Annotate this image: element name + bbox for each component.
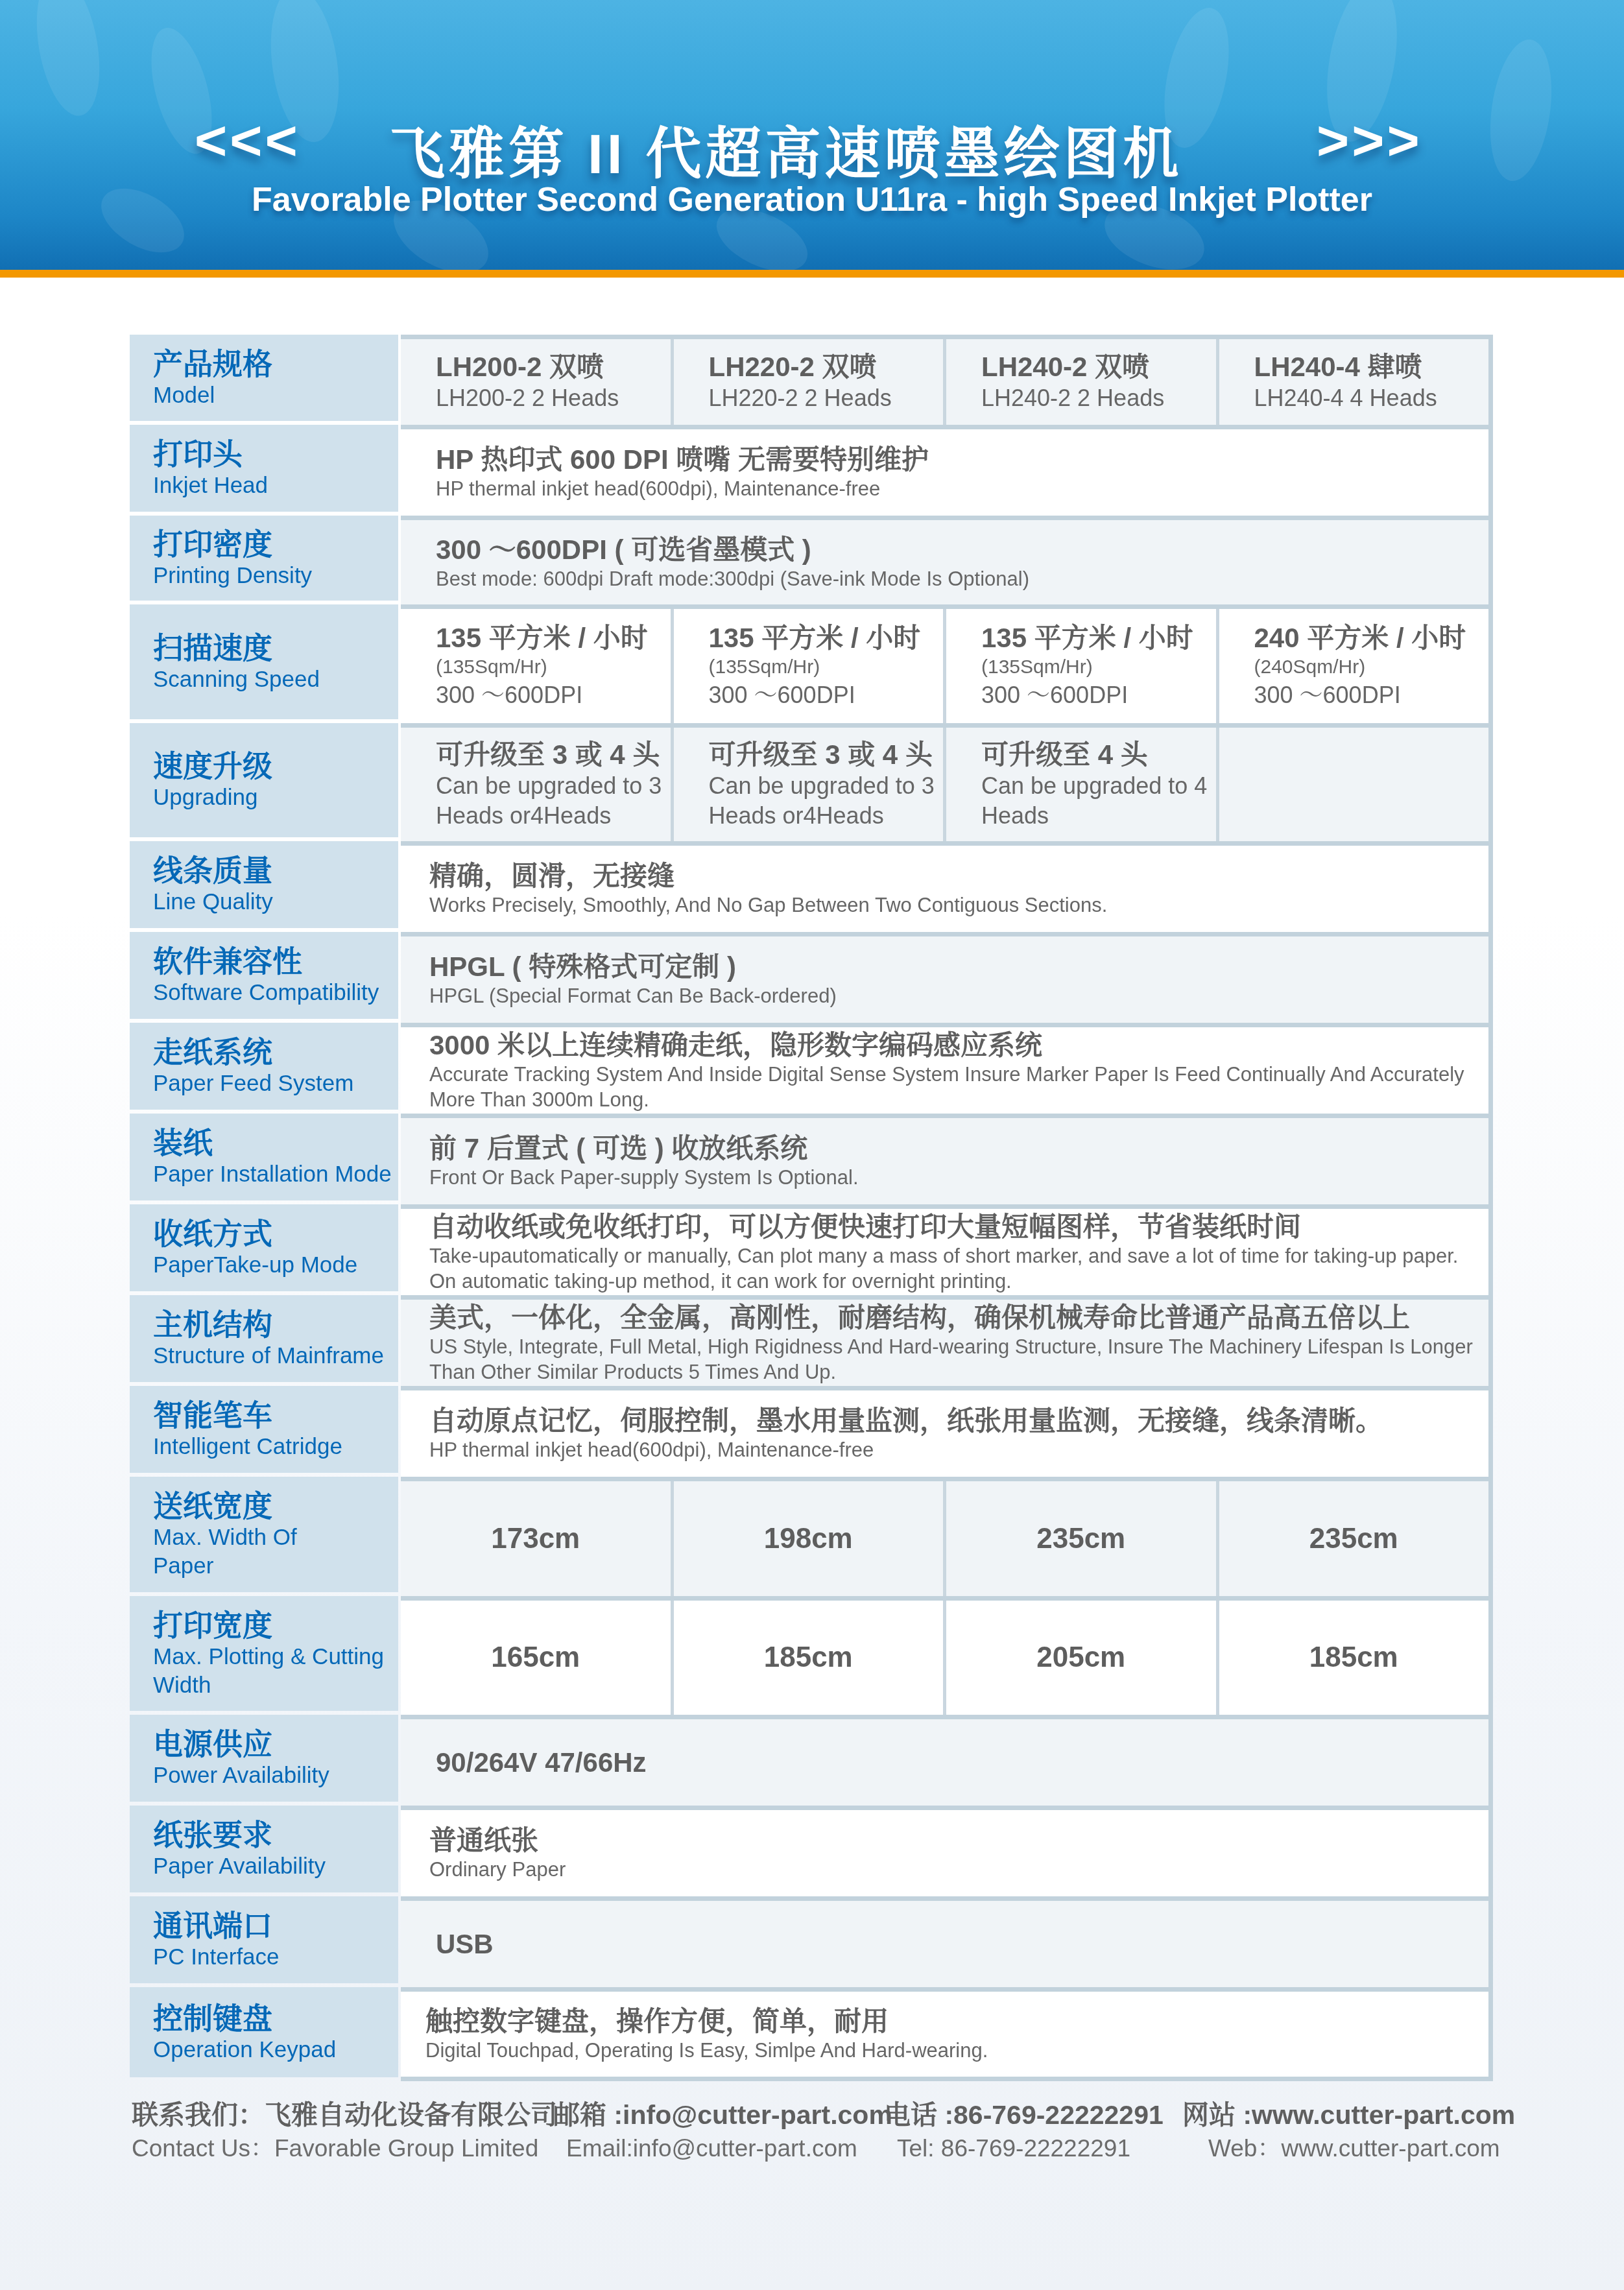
label-en: PC Interface (153, 1943, 398, 1972)
label-zh: 打印密度 (153, 527, 398, 562)
company-zh: 联系我们：飞雅自动化设备有限公司 (132, 2097, 553, 2132)
value-en: (135Sqm/Hr) (436, 654, 671, 680)
company-en: Contact Us：Favorable Group Limited (132, 2132, 566, 2165)
value-zh: 自动收纸或免收纸打印，可以方便快速打印大量短幅图样，节省装纸时间 (429, 1211, 1482, 1243)
value-zh: 精确，圆滑，无接缝 (429, 860, 1488, 892)
row-label: 电源供应 Power Availability (130, 1715, 398, 1802)
value-en: Heads or4Heads (709, 801, 944, 831)
value: 235cm (1309, 1523, 1398, 1555)
model-cell: LH240-4 肆喷 LH240-4 4 Heads (1216, 339, 1489, 425)
label-zh: 走纸系统 (153, 1034, 398, 1069)
row-label: 打印宽度 Max. Plotting & Cutting Width (130, 1596, 398, 1711)
value-en: HP thermal inkjet head(600dpi), Maintena… (436, 476, 1488, 501)
row-label: 装纸 Paper Installation Mode (130, 1114, 398, 1200)
contact-footer: 联系我们：飞雅自动化设备有限公司邮箱 :info@cutter-part.com… (132, 2097, 1558, 2165)
row-label: 线条质量 Line Quality (130, 841, 398, 928)
label-en: Paper Feed System (153, 1069, 398, 1098)
width-cell: 198cm (671, 1481, 944, 1596)
value-dpi: 300 ～600DPI (436, 680, 671, 710)
row-data: 自动收纸或免收纸打印，可以方便快速打印大量短幅图样，节省装纸时间 Take-up… (401, 1204, 1493, 1295)
row-data: 可升级至 3 或 4 头 Can be upgraded to 3 Heads … (401, 723, 1493, 841)
row-label: 控制键盘 Operation Keypad (130, 1987, 398, 2077)
row-data: LH200-2 双喷 LH200-2 2 Heads LH220-2 双喷 LH… (401, 335, 1493, 425)
value-en: Works Precisely, Smoothly, And No Gap Be… (429, 892, 1488, 918)
row-label: 走纸系统 Paper Feed System (130, 1023, 398, 1110)
row-data: USB (401, 1896, 1493, 1987)
row-label: 收纸方式 PaperTake-up Mode (130, 1204, 398, 1291)
model-name-en: LH220-2 2 Heads (709, 383, 944, 413)
table-row-operation-keypad: 控制键盘 Operation Keypad 触控数字键盘，操作方便，简单，耐用 … (130, 1987, 1493, 2081)
value-zh: 美式，一体化，全金属，高刚性，耐磨结构，确保机械寿命比普通产品高五倍以上 (429, 1302, 1482, 1334)
value: 198cm (764, 1523, 853, 1555)
value-en: (135Sqm/Hr) (981, 654, 1216, 680)
label-zh: 送纸宽度 (153, 1488, 398, 1523)
value-en: (135Sqm/Hr) (709, 654, 944, 680)
label-zh: 产品规格 (153, 346, 398, 381)
page-subtitle: Favorable Plotter Second Generation U11r… (0, 180, 1624, 219)
table-row-scanning-speed: 扫描速度 Scanning Speed 135 平方米 / 小时 (135Sqm… (130, 604, 1493, 723)
value-zh: 普通纸张 (429, 1824, 1488, 1857)
label-en: Printing Density (153, 562, 398, 590)
value-zh: 可升级至 3 或 4 头 (709, 739, 944, 771)
width-cell: 185cm (1216, 1601, 1489, 1715)
website-zh[interactable]: 网站 :www.cutter-part.com (1182, 2097, 1515, 2132)
label-en: Upgrading (153, 783, 398, 812)
row-data: 普通纸张 Ordinary Paper (401, 1806, 1493, 1896)
value-zh: 135 平方米 / 小时 (981, 622, 1216, 654)
page-title: 飞雅第 II 代超高速喷墨绘图机 (389, 109, 1183, 189)
value-dpi: 300 ～600DPI (1254, 680, 1489, 710)
accent-stripe (0, 270, 1624, 278)
row-label: 打印密度 Printing Density (130, 516, 398, 601)
value-zh: 触控数字键盘，操作方便，简单，耐用 (425, 2005, 1488, 2038)
value: 185cm (764, 1641, 853, 1674)
table-row-model: 产品规格 Model LH200-2 双喷 LH200-2 2 Heads LH… (130, 335, 1493, 425)
value-zh: 可升级至 4 头 (981, 739, 1216, 771)
contact-line-en: Contact Us：Favorable Group LimitedEmail:… (132, 2132, 1558, 2165)
row-data: 3000 米以上连续精确走纸，隐形数字编码感应系统 Accurate Track… (401, 1023, 1493, 1114)
row-label: 智能笔车 Intelligent Catridge (130, 1386, 398, 1473)
phone-zh: 电话 :86-769-22222291 (884, 2097, 1182, 2132)
row-data: 美式，一体化，全金属，高刚性，耐磨结构，确保机械寿命比普通产品高五倍以上 US … (401, 1295, 1493, 1386)
value-zh: 3000 米以上连续精确走纸，隐形数字编码感应系统 (429, 1029, 1482, 1062)
value-dpi: 300 ～600DPI (981, 680, 1216, 710)
value-en: Front Or Back Paper-supply System Is Opt… (429, 1165, 1488, 1190)
model-cell: LH240-2 双喷 LH240-2 2 Heads (943, 339, 1216, 425)
speed-cell: 135 平方米 / 小时 (135Sqm/Hr) 300 ～600DPI (671, 609, 944, 723)
contact-line-zh: 联系我们：飞雅自动化设备有限公司邮箱 :info@cutter-part.com… (132, 2097, 1558, 2132)
value-en: US Style, Integrate, Full Metal, High Ri… (429, 1334, 1482, 1385)
value-en: Take-upautomatically or manually, Can pl… (429, 1243, 1482, 1294)
label-zh: 通讯端口 (153, 1908, 398, 1943)
row-label: 产品规格 Model (130, 335, 398, 421)
value-en: HPGL (Special Format Can Be Back-ordered… (429, 983, 1488, 1008)
label-zh: 软件兼容性 (153, 944, 398, 979)
value-en: HP thermal inkjet head(600dpi), Maintena… (429, 1437, 1488, 1462)
row-data: HPGL ( 特殊格式可定制 ) HPGL (Special Format Ca… (401, 932, 1493, 1023)
value-dpi: 300 ～600DPI (709, 680, 944, 710)
label-en: Line Quality (153, 888, 398, 916)
label-en: Structure of Mainframe (153, 1342, 398, 1370)
width-cell: 173cm (401, 1481, 671, 1596)
label-zh: 智能笔车 (153, 1398, 398, 1433)
value-en: Can be upgraded to 4 (981, 771, 1216, 801)
label-en: PaperTake-up Mode (153, 1251, 398, 1280)
row-data: 300 ～600DPI ( 可选省墨模式 ) Best mode: 600dpi… (401, 516, 1493, 604)
label-zh: 电源供应 (153, 1726, 398, 1761)
value-en: Heads (981, 801, 1216, 831)
row-data: 前 7 后置式 ( 可选 ) 收放纸系统 Front Or Back Paper… (401, 1114, 1493, 1204)
value-en: Ordinary Paper (429, 1857, 1488, 1882)
width-cell: 165cm (401, 1601, 671, 1715)
header-banner: <<< 飞雅第 II 代超高速喷墨绘图机 >>> Favorable Plott… (0, 0, 1624, 270)
table-row-max-paper-width: 送纸宽度 Max. Width Of Paper 173cm 198cm 235… (130, 1477, 1493, 1596)
table-row-pc-interface: 通讯端口 PC Interface USB (130, 1896, 1493, 1987)
speed-cell: 240 平方米 / 小时 (240Sqm/Hr) 300 ～600DPI (1216, 609, 1489, 723)
upgrade-cell-empty (1216, 728, 1489, 841)
arrows-right-icon: >>> (1317, 109, 1422, 173)
value: 185cm (1309, 1641, 1398, 1674)
label-zh: 打印宽度 (153, 1608, 398, 1643)
value: 235cm (1036, 1523, 1125, 1555)
value-zh: 135 平方米 / 小时 (436, 622, 671, 654)
value-en: (240Sqm/Hr) (1254, 654, 1489, 680)
value-zh: HPGL ( 特殊格式可定制 ) (429, 951, 1488, 983)
row-data: 173cm 198cm 235cm 235cm (401, 1477, 1493, 1596)
model-name-en: LH240-2 2 Heads (981, 383, 1216, 413)
row-data: 自动原点记忆，伺服控制，墨水用量监测，纸张用量监测，无接缝，线条清晰。 HP t… (401, 1386, 1493, 1477)
row-label: 送纸宽度 Max. Width Of Paper (130, 1477, 398, 1592)
label-en: Max. Width Of Paper (153, 1523, 348, 1580)
value: 165cm (491, 1641, 580, 1674)
value-en: Can be upgraded to 3 (709, 771, 944, 801)
width-cell: 205cm (943, 1601, 1216, 1715)
table-row-intelligent-catridge: 智能笔车 Intelligent Catridge 自动原点记忆，伺服控制，墨水… (130, 1386, 1493, 1477)
value-en: Can be upgraded to 3 (436, 771, 671, 801)
model-name-zh: LH220-2 双喷 (709, 351, 944, 383)
label-zh: 扫描速度 (153, 630, 398, 665)
label-zh: 主机结构 (153, 1307, 398, 1342)
table-row-paper-feed: 走纸系统 Paper Feed System 3000 米以上连续精确走纸，隐形… (130, 1023, 1493, 1114)
label-en: Operation Keypad (153, 2036, 398, 2064)
label-en: Software Compatibility (153, 979, 398, 1007)
label-en: Inkjet Head (153, 471, 398, 500)
table-row-paper-availability: 纸张要求 Paper Availability 普通纸张 Ordinary Pa… (130, 1806, 1493, 1896)
table-row-paper-takeup: 收纸方式 PaperTake-up Mode 自动收纸或免收纸打印，可以方便快速… (130, 1204, 1493, 1295)
value-zh: 300 ～600DPI ( 可选省墨模式 ) (436, 534, 1488, 566)
value-zh: 可升级至 3 或 4 头 (436, 739, 671, 771)
table-row-max-plot-width: 打印宽度 Max. Plotting & Cutting Width 165cm… (130, 1596, 1493, 1715)
label-en: Power Availability (153, 1761, 398, 1790)
table-row-software: 软件兼容性 Software Compatibility HPGL ( 特殊格式… (130, 932, 1493, 1023)
value: 173cm (491, 1523, 580, 1555)
value-zh: USB (436, 1928, 1488, 1961)
label-zh: 打印头 (153, 436, 398, 471)
value-en: Accurate Tracking System And Inside Digi… (429, 1062, 1482, 1112)
upgrade-cell: 可升级至 3 或 4 头 Can be upgraded to 3 Heads … (671, 728, 944, 841)
width-cell: 235cm (943, 1481, 1216, 1596)
label-en: Model (153, 381, 398, 410)
table-row-paper-installation: 装纸 Paper Installation Mode 前 7 后置式 ( 可选 … (130, 1114, 1493, 1204)
row-label: 软件兼容性 Software Compatibility (130, 932, 398, 1019)
title-row: <<< 飞雅第 II 代超高速喷墨绘图机 >>> (0, 109, 1624, 180)
phone-en: Tel: 86-769-22222291 (897, 2132, 1208, 2165)
website-en[interactable]: Web：www.cutter-part.com (1208, 2132, 1500, 2165)
table-row-mainframe: 主机结构 Structure of Mainframe 美式，一体化，全金属，高… (130, 1295, 1493, 1386)
row-data: 135 平方米 / 小时 (135Sqm/Hr) 300 ～600DPI 135… (401, 604, 1493, 723)
arrows-left-icon: <<< (195, 109, 300, 173)
row-data: HP 热印式 600 DPI 喷嘴 无需要特别维护 HP thermal ink… (401, 425, 1493, 516)
upgrade-cell: 可升级至 4 头 Can be upgraded to 4 Heads (943, 728, 1216, 841)
label-en: Max. Plotting & Cutting Width (153, 1643, 393, 1700)
value-zh: 自动原点记忆，伺服控制，墨水用量监测，纸张用量监测，无接缝，线条清晰。 (429, 1405, 1488, 1437)
row-label: 扫描速度 Scanning Speed (130, 604, 398, 719)
value-zh: 240 平方米 / 小时 (1254, 622, 1489, 654)
table-row-power: 电源供应 Power Availability 90/264V 47/66Hz (130, 1715, 1493, 1806)
label-zh: 收纸方式 (153, 1216, 398, 1251)
row-label: 纸张要求 Paper Availability (130, 1806, 398, 1892)
width-cell: 235cm (1216, 1481, 1489, 1596)
table-row-printing-density: 打印密度 Printing Density 300 ～600DPI ( 可选省墨… (130, 516, 1493, 604)
row-data: 165cm 185cm 205cm 185cm (401, 1596, 1493, 1715)
label-zh: 速度升级 (153, 748, 398, 783)
row-label: 通讯端口 PC Interface (130, 1896, 398, 1983)
value-zh: HP 热印式 600 DPI 喷嘴 无需要特别维护 (436, 444, 1488, 476)
label-en: Paper Installation Mode (153, 1160, 398, 1189)
model-name-zh: LH200-2 双喷 (436, 351, 671, 383)
model-name-en: LH200-2 2 Heads (436, 383, 671, 413)
table-row-upgrading: 速度升级 Upgrading 可升级至 3 或 4 头 Can be upgra… (130, 723, 1493, 841)
label-zh: 装纸 (153, 1125, 398, 1160)
row-label: 主机结构 Structure of Mainframe (130, 1295, 398, 1382)
row-data: 触控数字键盘，操作方便，简单，耐用 Digital Touchpad, Oper… (401, 1987, 1493, 2081)
email-en[interactable]: Email:info@cutter-part.com (566, 2132, 897, 2165)
upgrade-cell: 可升级至 3 或 4 头 Can be upgraded to 3 Heads … (401, 728, 671, 841)
speed-cell: 135 平方米 / 小时 (135Sqm/Hr) 300 ～600DPI (943, 609, 1216, 723)
value-en: Best mode: 600dpi Draft mode:300dpi (Sav… (436, 566, 1488, 591)
value-zh: 90/264V 47/66Hz (436, 1747, 1488, 1779)
label-zh: 控制键盘 (153, 2001, 398, 2036)
value-en: Heads or4Heads (436, 801, 671, 831)
speed-cell: 135 平方米 / 小时 (135Sqm/Hr) 300 ～600DPI (401, 609, 671, 723)
row-data: 精确，圆滑，无接缝 Works Precisely, Smoothly, And… (401, 841, 1493, 932)
row-data: 90/264V 47/66Hz (401, 1715, 1493, 1806)
model-name-en: LH240-4 4 Heads (1254, 383, 1489, 413)
model-cell: LH220-2 双喷 LH220-2 2 Heads (671, 339, 944, 425)
label-en: Scanning Speed (153, 665, 398, 694)
label-zh: 纸张要求 (153, 1817, 398, 1852)
model-cell: LH200-2 双喷 LH200-2 2 Heads (401, 339, 671, 425)
label-en: Intelligent Catridge (153, 1433, 398, 1461)
label-en: Paper Availability (153, 1852, 398, 1881)
table-row-inkjet-head: 打印头 Inkjet Head HP 热印式 600 DPI 喷嘴 无需要特别维… (130, 425, 1493, 516)
row-label: 速度升级 Upgrading (130, 723, 398, 837)
model-name-zh: LH240-2 双喷 (981, 351, 1216, 383)
table-row-line-quality: 线条质量 Line Quality 精确，圆滑，无接缝 Works Precis… (130, 841, 1493, 932)
model-name-zh: LH240-4 肆喷 (1254, 351, 1489, 383)
value-zh: 前 7 后置式 ( 可选 ) 收放纸系统 (429, 1132, 1488, 1165)
width-cell: 185cm (671, 1601, 944, 1715)
value: 205cm (1036, 1641, 1125, 1674)
row-label: 打印头 Inkjet Head (130, 425, 398, 512)
value-en: Digital Touchpad, Operating Is Easy, Sim… (425, 2038, 1488, 2063)
label-zh: 线条质量 (153, 853, 398, 888)
value-zh: 135 平方米 / 小时 (709, 622, 944, 654)
email-zh[interactable]: 邮箱 :info@cutter-part.com (553, 2097, 884, 2132)
